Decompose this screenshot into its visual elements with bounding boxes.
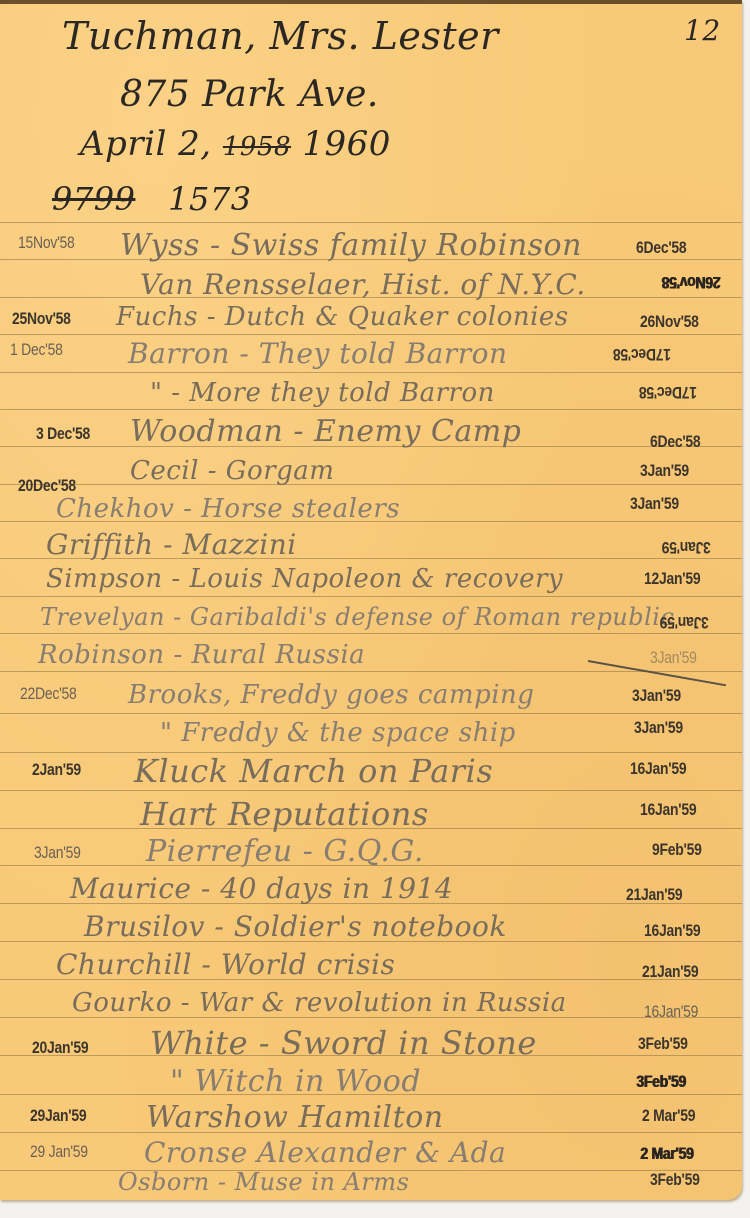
entry-date-out: 3 Dec'58	[36, 424, 90, 444]
entry-title: Barron - They told Barron	[128, 337, 508, 370]
account-current: 1573	[168, 180, 251, 218]
entry-date-due: 21Jan'59	[642, 962, 698, 982]
entry-date-due: 3Jan'59	[650, 648, 697, 668]
entry-title: Woodman - Enemy Camp	[130, 414, 521, 449]
entry-date-due: 2 Mar'59	[642, 1106, 695, 1126]
entry-date-due: 3Feb'59	[650, 1170, 700, 1190]
entry-date-out: 2Jan'59	[32, 760, 81, 780]
entry-title: Griffith - Mazzini	[46, 528, 297, 561]
entry-date-out: 20Dec'58	[18, 476, 76, 496]
entry-date-due: 3Jan'59	[640, 461, 689, 481]
entry-date-due: 6Dec'58	[636, 238, 686, 258]
entry-date-due: 3Jan'59	[632, 686, 681, 706]
entry-date-due: 9Feb'59	[652, 840, 702, 860]
account-number: 9799 1573	[52, 180, 252, 218]
account-struck: 9799	[52, 180, 135, 218]
date-struck: 1958	[223, 132, 291, 162]
entry-title: Van Rensselaer, Hist. of N.Y.C.	[140, 268, 586, 301]
entry-title: Robinson - Rural Russia	[38, 640, 365, 670]
entry-date-out: 29 Jan'59	[30, 1142, 88, 1162]
entry-date-due: 16Jan'59	[640, 800, 696, 820]
card-number: 12	[684, 14, 721, 47]
entry-title: Warshow Hamilton	[146, 1100, 444, 1135]
entry-date-due: 3Feb'59	[638, 1034, 688, 1054]
entry-date-out: 29Jan'59	[30, 1106, 86, 1126]
entry-date-out: 20Jan'59	[32, 1038, 88, 1058]
entry-title: Chekhov - Horse stealers	[56, 494, 400, 524]
entry-date-due: 3Jan'59	[643, 612, 709, 632]
borrower-name: Tuchman, Mrs. Lester	[62, 14, 499, 58]
entry-title: Brusilov - Soldier's notebook	[84, 910, 507, 943]
entry-title: " Witch in Wood	[170, 1064, 421, 1099]
entry-title: " - More they told Barron	[150, 378, 495, 408]
ruled-line	[0, 372, 742, 373]
entry-title: Brooks, Freddy goes camping	[128, 680, 534, 710]
ruled-line	[0, 633, 742, 634]
entry-date-out: 25Nov'58	[12, 309, 71, 329]
entry-title: Kluck March on Paris	[134, 752, 493, 790]
entry-title: Wyss - Swiss family Robinson	[120, 228, 582, 263]
ruled-line	[0, 790, 742, 791]
entry-title: Trevelyan - Garibaldi's defense of Roman…	[40, 603, 674, 631]
entry-date-out: 3Jan'59	[34, 843, 81, 863]
date-registered: April 2, 1958 1960	[80, 124, 391, 164]
ruled-line	[0, 713, 742, 714]
entry-date-out: 22Dec'58	[20, 684, 77, 704]
ruled-line	[0, 671, 742, 672]
entry-date-due: 16Jan'59	[644, 921, 700, 941]
entry-date-out: 15Nov'58	[18, 233, 75, 253]
entry-date-due: 17Dec'58	[589, 344, 671, 364]
entry-date-due: 3Feb'59	[636, 1072, 686, 1092]
entry-title: Churchill - World crisis	[56, 948, 395, 981]
entry-date-due: 16Jan'59	[644, 1002, 698, 1022]
entry-title: White - Sword in Stone	[150, 1024, 537, 1062]
borrower-address: 875 Park Ave.	[120, 74, 379, 115]
entry-date-due: 17Dec'58	[615, 382, 697, 402]
date-prefix: April 2,	[80, 124, 212, 164]
entry-date-due: 6Dec'58	[650, 432, 700, 452]
entry-title: Gourko - War & revolution in Russia	[72, 988, 567, 1018]
entry-date-due: 26Nov'58	[639, 272, 721, 292]
ruled-line	[0, 596, 742, 597]
entry-title: Simpson - Louis Napoleon & recovery	[46, 564, 563, 594]
card-top-edge	[0, 0, 742, 4]
entry-date-due: 3Jan'59	[630, 494, 679, 514]
entry-title: Osborn - Muse in Arms	[118, 1168, 409, 1196]
entry-date-due: 2 Mar'59	[640, 1144, 693, 1164]
entry-title: Fuchs - Dutch & Quaker colonies	[116, 302, 569, 332]
entry-title: Cecil - Gorgam	[130, 456, 334, 486]
ruled-line	[0, 334, 742, 335]
entry-title: Maurice - 40 days in 1914	[70, 872, 453, 905]
library-borrower-card: Tuchman, Mrs. Lester 12 875 Park Ave. Ap…	[0, 0, 742, 1200]
entry-title: Cronse Alexander & Ada	[144, 1136, 506, 1169]
entry-date-due: 26Nov'58	[640, 312, 699, 332]
entry-title: Pierrefeu - G.Q.G.	[146, 834, 424, 869]
entry-date-due: 16Jan'59	[630, 759, 686, 779]
ruled-line	[0, 222, 742, 223]
entry-date-out: 1 Dec'58	[10, 340, 63, 360]
entry-title: " Freddy & the space ship	[160, 718, 516, 748]
ruled-line	[0, 484, 742, 485]
entry-date-due: 12Jan'59	[644, 569, 700, 589]
ruled-line	[0, 409, 742, 410]
entry-title: Hart Reputations	[140, 795, 429, 833]
date-year: 1960	[302, 124, 391, 164]
entry-date-due: 3Jan'59	[634, 718, 683, 738]
entry-date-due: 3Jan'59	[645, 537, 711, 557]
entry-date-due: 21Jan'59	[626, 885, 682, 905]
